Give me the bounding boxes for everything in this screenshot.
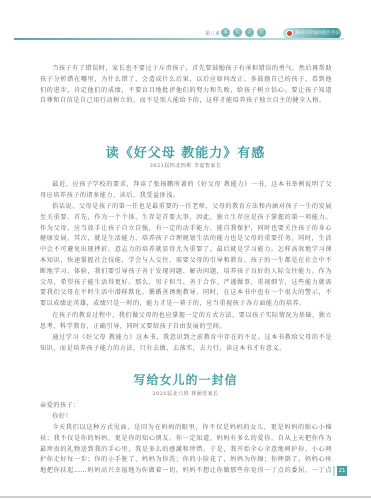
document-page: 第八章 家 校 合 作 郑州市管城回族区外国语小学 当孩子有了错误时，家长也不要… <box>0 0 371 500</box>
article1-paragraph-1: 最近，应孩子学校的要求，拜读了张扬鹏所著的《好父母 教能力》一书，这本书举例说明… <box>40 180 332 202</box>
school-logo-icon <box>286 30 293 37</box>
article1-title: 读《好父母 教能力》有感 <box>0 142 371 161</box>
article1-paragraph-4: 通过学习《好父母 教能力》这本书，我意识到之前教育中存在的不足。这本书教给父母的… <box>40 333 332 355</box>
article2-salutation: 亲爱的孩子： <box>40 401 332 412</box>
page-bottom-edge <box>0 496 371 498</box>
intro-paragraph: 当孩子有了错误时，家长也不要过于斥责孩子，首先要鼓励孩子有承担错误的勇气，然后再… <box>40 64 332 107</box>
header-tab-1: 家 <box>221 28 230 37</box>
article2-paragraph-1: 今天我们以这种方式见面，是因为在妈妈的眼里，你不仅是妈妈的女儿，更是妈妈的贴心小… <box>40 423 332 477</box>
article1-paragraph-3: 在孩子的教育过程中，我们做父母的也应掌握一定的方式方法，要以孩子实际情况为基础，… <box>40 311 332 333</box>
article2-title: 写给女儿的一封信 <box>0 371 371 388</box>
school-name: 郑州市管城回族区外国语小学 <box>295 31 341 36</box>
header-tab-4: 作 <box>257 28 266 37</box>
page-number: 21 <box>337 466 347 476</box>
header-section-label: 第八章 <box>205 30 220 37</box>
header-tab-2: 校 <box>233 28 242 37</box>
article2-byline: 2021届北六班 林涵萱家长 <box>0 390 371 397</box>
article2-greeting: 你好！ <box>40 412 332 423</box>
article1-paragraph-2: 俗话说，父母是孩子的第一任也是最重要的一任老师，父母的教育方法和内涵对孩子一生的… <box>40 202 332 310</box>
header-section-tabs: 家 校 合 作 <box>221 28 266 37</box>
header-rule <box>14 38 344 40</box>
header-tab-3: 合 <box>245 28 254 37</box>
page-number-accent <box>333 466 335 476</box>
article1-byline: 2021届四北四班 李嘉智家长 <box>0 162 371 169</box>
